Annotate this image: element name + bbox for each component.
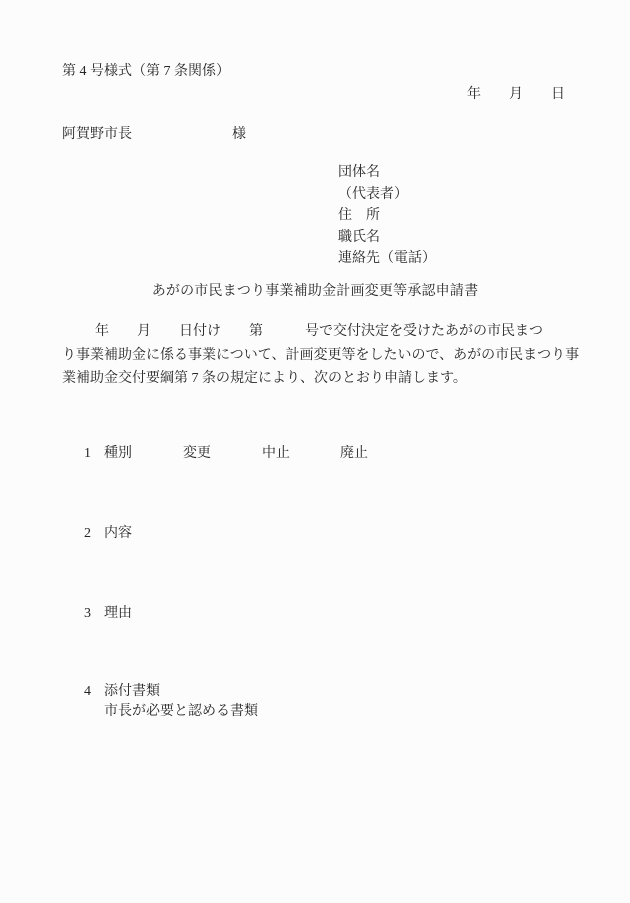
item-attachments-note: 市長が必要と認める書類 <box>104 702 258 722</box>
item-category-option-change: 変更 <box>183 446 211 461</box>
document-title: あがの市民まつり事業補助金計画変更等承認申請書 <box>0 283 630 300</box>
item-attachments-label: 添付書類 <box>104 684 160 699</box>
item-category-label: 種別 <box>104 446 132 461</box>
item-content: 2内容 <box>84 524 132 544</box>
addressee-honorific: 様 <box>232 127 246 142</box>
body-paragraph-line-2: り事業補助金に係る事業について、計画変更等をしたいので、あがの市民まつり事 <box>62 344 579 368</box>
applicant-field-title-name: 職氏名 <box>338 227 436 249</box>
addressee-name: 阿賀野市長 <box>62 127 132 142</box>
addressee-line: 阿賀野市長様 <box>62 127 246 143</box>
date-line: 年 月 日 <box>467 87 565 103</box>
item-category-option-abolish: 廃止 <box>340 446 368 461</box>
body-paragraph: 年 月 日付け 第 号で交付決定を受けたあがの市民まつ り事業補助金に係る事業に… <box>62 320 579 391</box>
form-number: 第 4 号様式（第 7 条関係） <box>62 64 230 80</box>
item-attachments: 4添付書類 市長が必要と認める書類 <box>84 682 258 722</box>
body-paragraph-line-1: 年 月 日付け 第 号で交付決定を受けたあがの市民まつ <box>62 320 579 344</box>
item-attachments-heading: 4添付書類 <box>84 682 258 702</box>
document-page: 第 4 号様式（第 7 条関係） 年 月 日 阿賀野市長様 団体名 （代表者） … <box>0 0 630 903</box>
applicant-field-organization: 団体名 <box>338 162 436 184</box>
item-reason: 3理由 <box>84 604 132 624</box>
applicant-field-address: 住 所 <box>338 205 436 227</box>
applicant-field-representative: （代表者） <box>338 184 436 206</box>
item-category-option-suspend: 中止 <box>262 446 290 461</box>
item-category-number: 1 <box>84 446 91 461</box>
item-reason-label: 理由 <box>104 606 132 621</box>
applicant-field-contact: 連絡先（電話） <box>338 248 436 270</box>
item-attachments-number: 4 <box>84 684 91 699</box>
item-content-label: 内容 <box>104 526 132 541</box>
item-reason-number: 3 <box>84 606 91 621</box>
item-category: 1種別変更中止廃止 <box>84 444 368 464</box>
applicant-block: 団体名 （代表者） 住 所 職氏名 連絡先（電話） <box>338 162 436 270</box>
body-paragraph-line-3: 業補助金交付要綱第 7 条の規定により、次のとおり申請します。 <box>62 367 579 391</box>
item-content-number: 2 <box>84 526 91 541</box>
